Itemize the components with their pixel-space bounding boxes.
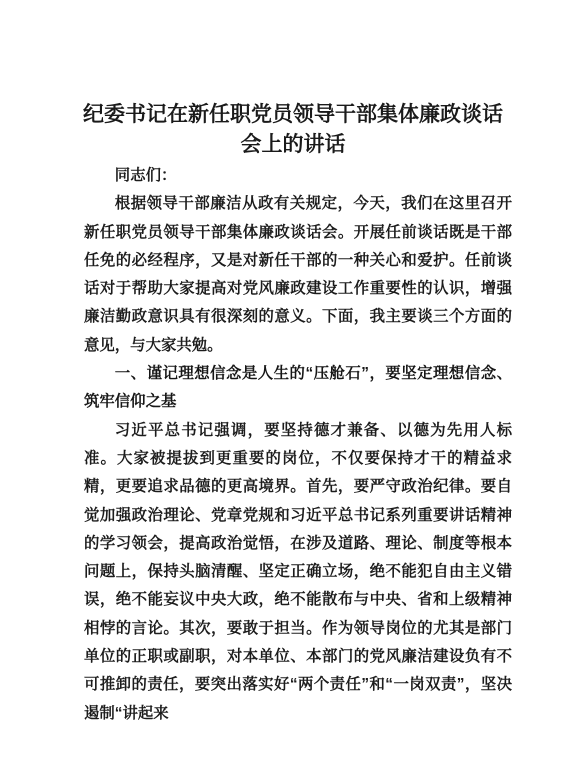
page-title: 纪委书记在新任职党员领导干部集体廉政谈话会上的讲话 — [78, 0, 508, 160]
document-page: 纪委书记在新任职党员领导干部集体廉政谈话会上的讲话 同志们： 根据领导干部廉洁从… — [0, 0, 586, 759]
paragraph-intro: 根据领导干部廉洁从政有关规定，今天，我们在这里召开新任职党员领导干部集体廉政谈话… — [84, 190, 512, 360]
section-heading-1: 一、谨记理想信念是人生的“压舱石”，要坚定理想信念、筑牢信仰之基 — [84, 360, 512, 417]
salutation: 同志们： — [84, 162, 512, 190]
paragraph-section-1: 习近平总书记强调，要坚持德才兼备、以德为先用人标准。大家被提拔到更重要的岗位，不… — [84, 417, 512, 728]
document-body: 同志们： 根据领导干部廉洁从政有关规定，今天，我们在这里召开新任职党员领导干部集… — [0, 162, 586, 728]
